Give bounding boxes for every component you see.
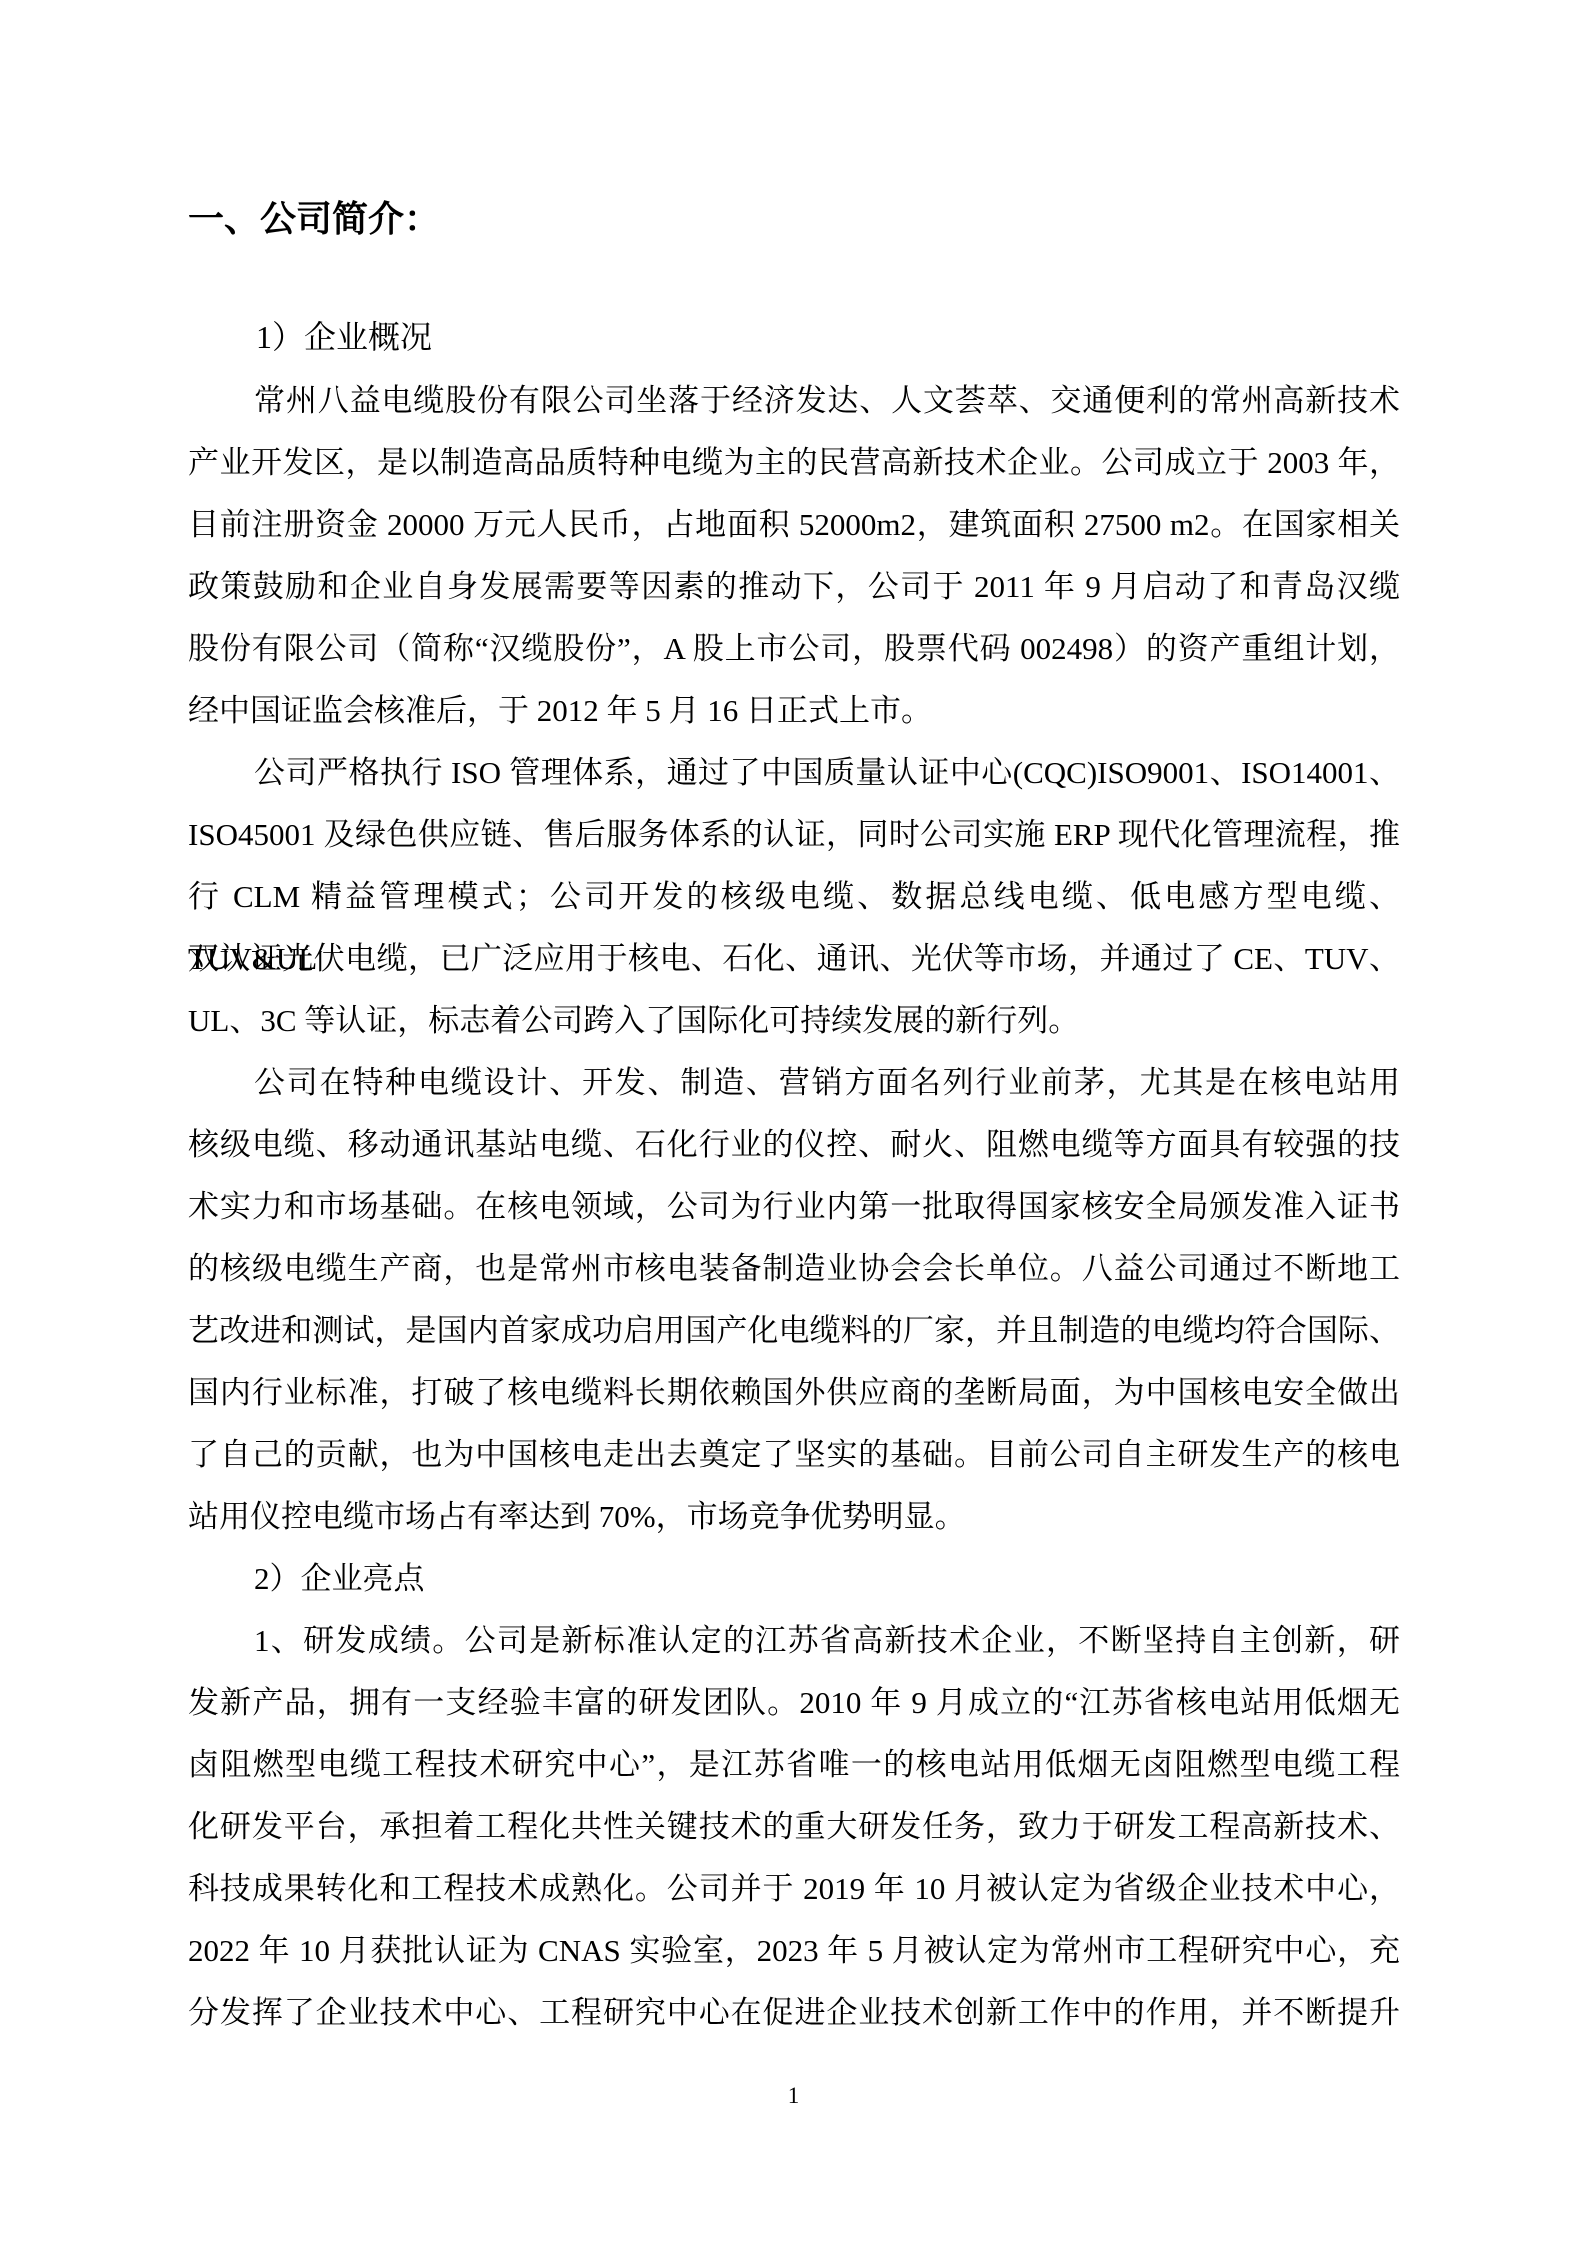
text-line: 公司在特种电缆设计、开发、制造、营销方面名列行业前茅，尤其是在核电站用 (188, 1052, 1400, 1114)
text-line: 政策鼓励和企业自身发展需要等因素的推动下，公司于 2011 年 9 月启动了和青… (188, 556, 1400, 618)
text-line: 公司严格执行 ISO 管理体系，通过了中国质量认证中心(CQC)ISO9001、… (188, 742, 1400, 804)
text-line: 常州八益电缆股份有限公司坐落于经济发达、人文荟萃、交通便利的常州高新技术 (188, 370, 1400, 432)
text-line: 国内行业标准，打破了核电缆料长期依赖国外供应商的垄断局面，为中国核电安全做出 (188, 1362, 1400, 1424)
text-line: UL、3C 等认证，标志着公司跨入了国际化可持续发展的新行列。 (188, 990, 1400, 1052)
text-line: 术实力和市场基础。在核电领域，公司为行业内第一批取得国家核安全局颁发准入证书 (188, 1176, 1400, 1238)
document-page: 一、公司简介： 1）企业概况 常州八益电缆股份有限公司坐落于经济发达、人文荟萃、… (0, 0, 1587, 2245)
page-title: 一、公司简介： (188, 197, 440, 241)
text-line: 化研发平台，承担着工程化共性关键技术的重大研发任务，致力于研发工程高新技术、 (188, 1796, 1400, 1858)
text-line: 经中国证监会核准后，于 2012 年 5 月 16 日正式上市。 (188, 680, 1400, 742)
text-line: ISO45001 及绿色供应链、售后服务体系的认证，同时公司实施 ERP 现代化… (188, 804, 1400, 866)
text-line: 发新产品，拥有一支经验丰富的研发团队。2010 年 9 月成立的“江苏省核电站用… (188, 1672, 1400, 1734)
text-line: 科技成果转化和工程技术成熟化。公司并于 2019 年 10 月被认定为省级企业技… (188, 1858, 1400, 1920)
text-line: 双认证光伏电缆，已广泛应用于核电、石化、通讯、光伏等市场，并通过了 CE、TUV… (188, 928, 1400, 990)
text-line: 1、研发成绩。公司是新标准认定的江苏省高新技术企业，不断坚持自主创新，研 (188, 1610, 1400, 1672)
text-line: 艺改进和测试，是国内首家成功启用国产化电缆料的厂家，并且制造的电缆均符合国际、 (188, 1300, 1400, 1362)
text-line: 核级电缆、移动通讯基站电缆、石化行业的仪控、耐火、阻燃电缆等方面具有较强的技 (188, 1114, 1400, 1176)
text-line: 的核级电缆生产商，也是常州市核电装备制造业协会会长单位。八益公司通过不断地工 (188, 1238, 1400, 1300)
text-line: 了自己的贡献，也为中国核电走出去奠定了坚实的基础。目前公司自主研发生产的核电 (188, 1424, 1400, 1486)
body-text: 常州八益电缆股份有限公司坐落于经济发达、人文荟萃、交通便利的常州高新技术产业开发… (188, 370, 1400, 2044)
text-line: 2）企业亮点 (188, 1548, 1400, 1610)
text-line: 目前注册资金 20000 万元人民币，占地面积 52000m2，建筑面积 275… (188, 494, 1400, 556)
text-line: 站用仪控电缆市场占有率达到 70%，市场竞争优势明显。 (188, 1486, 1400, 1548)
text-line: 2022 年 10 月获批认证为 CNAS 实验室，2023 年 5 月被认定为… (188, 1920, 1400, 1982)
text-line: 产业开发区，是以制造高品质特种电缆为主的民营高新技术企业。公司成立于 2003 … (188, 432, 1400, 494)
text-line: 卤阻燃型电缆工程技术研究中心”，是江苏省唯一的核电站用低烟无卤阻燃型电缆工程 (188, 1734, 1400, 1796)
text-line: 分发挥了企业技术中心、工程研究中心在促进企业技术创新工作中的作用，并不断提升 (188, 1982, 1400, 2044)
text-line: 行 CLM 精益管理模式；公司开发的核级电缆、数据总线电缆、低电感方型电缆、TU… (188, 866, 1400, 928)
section-heading-overview: 1）企业概况 (256, 306, 432, 368)
page-number: 1 (0, 2082, 1587, 2110)
text-line: 股份有限公司（简称“汉缆股份”，A 股上市公司，股票代码 002498）的资产重… (188, 618, 1400, 680)
